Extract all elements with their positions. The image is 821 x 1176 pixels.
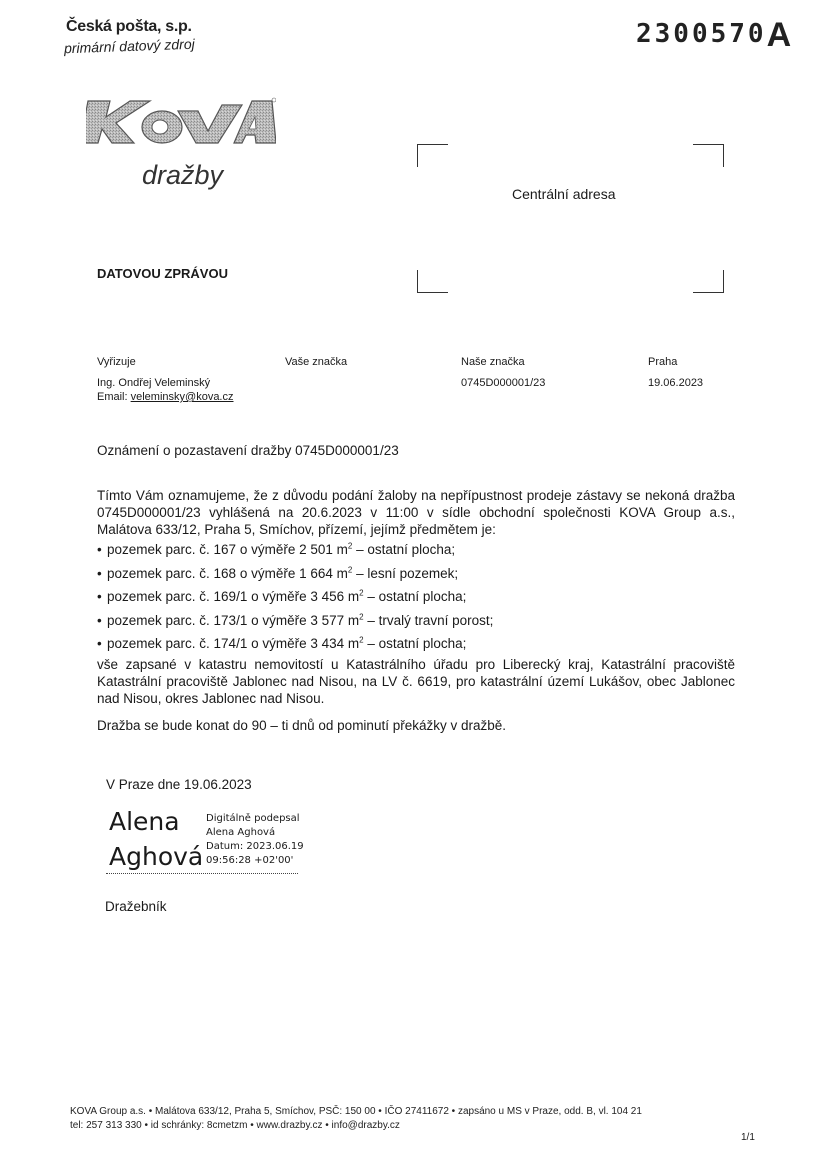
- footer-contact-info: tel: 257 313 330 • id schránky: 8cmetzm …: [70, 1120, 400, 1131]
- body-paragraph-3: Dražba se bude konat do 90 – ti dnů od p…: [97, 717, 735, 734]
- list-item: •pozemek parc. č. 167 o výměře 2 501 m2 …: [97, 541, 493, 565]
- property-list: •pozemek parc. č. 167 o výměře 2 501 m2 …: [97, 541, 493, 659]
- letter-subject: Oznámení o pozastavení dražby 0745D00000…: [97, 443, 399, 458]
- contact-email: Email: veleminsky@kova.cz: [97, 391, 234, 403]
- signature-first-name: Alena: [109, 804, 203, 839]
- delivery-method: DATOVOU ZPRÁVOU: [97, 266, 228, 281]
- handled-by-label: Vyřizuje: [97, 356, 136, 368]
- logo-subtitle: dražby: [142, 160, 223, 191]
- footer-company-info: KOVA Group a.s. • Malátova 633/12, Praha…: [70, 1106, 642, 1117]
- email-label: Email:: [97, 391, 128, 403]
- digital-signature-info[interactable]: Digitálně podepsal Alena Aghová Datum: 2…: [206, 812, 304, 868]
- place-and-date: V Praze dne 19.06.2023: [106, 777, 252, 792]
- address-frame-corner: [693, 144, 724, 167]
- postal-stamp-subtitle: primární datový zdroj: [64, 36, 195, 57]
- list-item: •pozemek parc. č. 174/1 o výměře 3 434 m…: [97, 635, 493, 659]
- document-number-suffix: A: [767, 16, 792, 54]
- document-number-digits: 2300570: [636, 19, 767, 49]
- signature-name: Alena Aghová: [109, 804, 203, 874]
- address-frame-corner: [693, 270, 724, 293]
- body-paragraph-1: Tímto Vám oznamujeme, že z důvodu podání…: [97, 487, 735, 538]
- document-number: 2300570A: [636, 12, 791, 51]
- kova-logo: [86, 97, 276, 147]
- signature-last-name: Aghová: [109, 839, 203, 874]
- address-frame-corner: [417, 144, 448, 167]
- page-number: 1/1: [741, 1132, 755, 1143]
- list-item: •pozemek parc. č. 173/1 o výměře 3 577 m…: [97, 612, 493, 636]
- email-link[interactable]: veleminsky@kova.cz: [131, 391, 234, 403]
- signature-line: [106, 873, 298, 874]
- letter-date: 19.06.2023: [648, 377, 703, 389]
- place-label: Praha: [648, 356, 677, 368]
- signatory-role: Dražebník: [105, 899, 167, 914]
- postal-stamp-title: Česká pošta, s.p.: [66, 18, 192, 36]
- list-item: •pozemek parc. č. 169/1 o výměře 3 456 m…: [97, 588, 493, 612]
- address-frame-corner: [417, 270, 448, 293]
- list-item: •pozemek parc. č. 168 o výměře 1 664 m2 …: [97, 565, 493, 589]
- our-ref-value: 0745D000001/23: [461, 377, 545, 389]
- handled-by-name: Ing. Ondřej Veleminský: [97, 377, 210, 389]
- our-ref-label: Naše značka: [461, 356, 525, 368]
- body-paragraph-2: vše zapsané v katastru nemovitostí u Kat…: [97, 656, 735, 707]
- recipient-address: Centrální adresa: [512, 186, 616, 202]
- your-ref-label: Vaše značka: [285, 356, 347, 368]
